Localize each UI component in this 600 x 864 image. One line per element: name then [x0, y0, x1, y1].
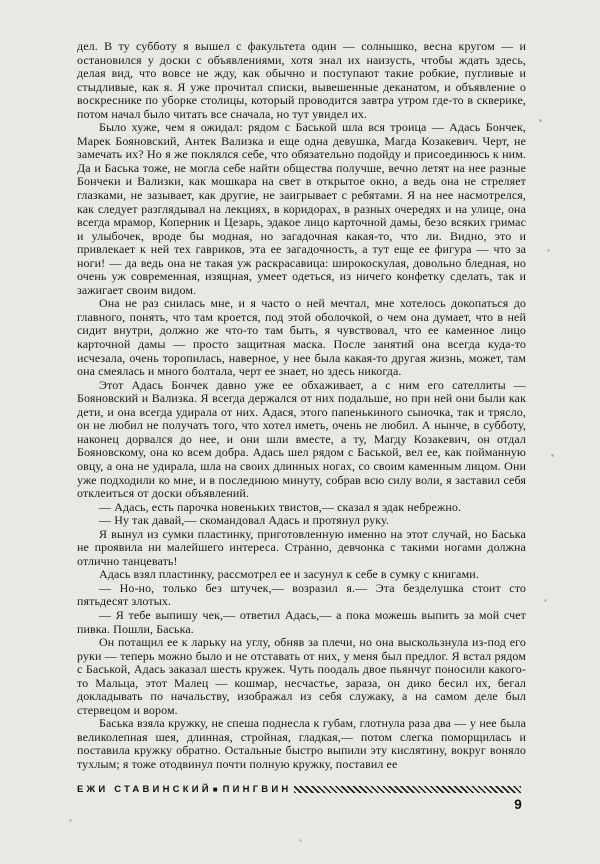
- footer-author: ЕЖИ СТАВИНСКИЙ: [77, 785, 212, 794]
- paragraph: Она не раз снилась мне, и я часто о ней …: [77, 297, 526, 378]
- text-block: дел. В ту субботу я вышел с факультета о…: [77, 40, 526, 786]
- paragraph: Я вынул из сумки пластинку, приготовленн…: [77, 528, 526, 569]
- paragraph: — Ну так давай,— скомандовал Адась и про…: [77, 514, 526, 528]
- page-number: 9: [510, 797, 526, 812]
- book-page: дел. В ту субботу я вышел с факультета о…: [0, 0, 600, 864]
- running-footer: ЕЖИ СТАВИНСКИЙ ■ ПИНГВИН: [77, 785, 521, 794]
- scan-speckles: [0, 0, 1, 1]
- paragraph: Было хуже, чем я ожидал: рядом с Баськой…: [77, 121, 526, 297]
- paragraph: Этот Адась Бончек давно уже ее обхаживае…: [77, 379, 526, 501]
- footer-book-title: ПИНГВИН: [223, 785, 292, 794]
- paragraph: — Я тебе выпишу чек,— ответил Адась,— а …: [77, 609, 526, 636]
- paragraph: Адась взял пластинку, рассмотрел ее и за…: [77, 568, 526, 582]
- paragraph: Баська взяла кружку, не спеша поднесла к…: [77, 717, 526, 771]
- paragraph: Он потащил ее к ларьку на углу, обняв за…: [77, 636, 526, 717]
- paragraph: — Но-но, только без штучек,— возразил я.…: [77, 582, 526, 609]
- paragraph: — Адась, есть парочка новеньких твистов,…: [77, 501, 526, 515]
- square-bullet-icon: ■: [213, 785, 218, 794]
- footer-hatch-rule: [294, 786, 521, 793]
- paragraph: дел. В ту субботу я вышел с факультета о…: [77, 40, 526, 121]
